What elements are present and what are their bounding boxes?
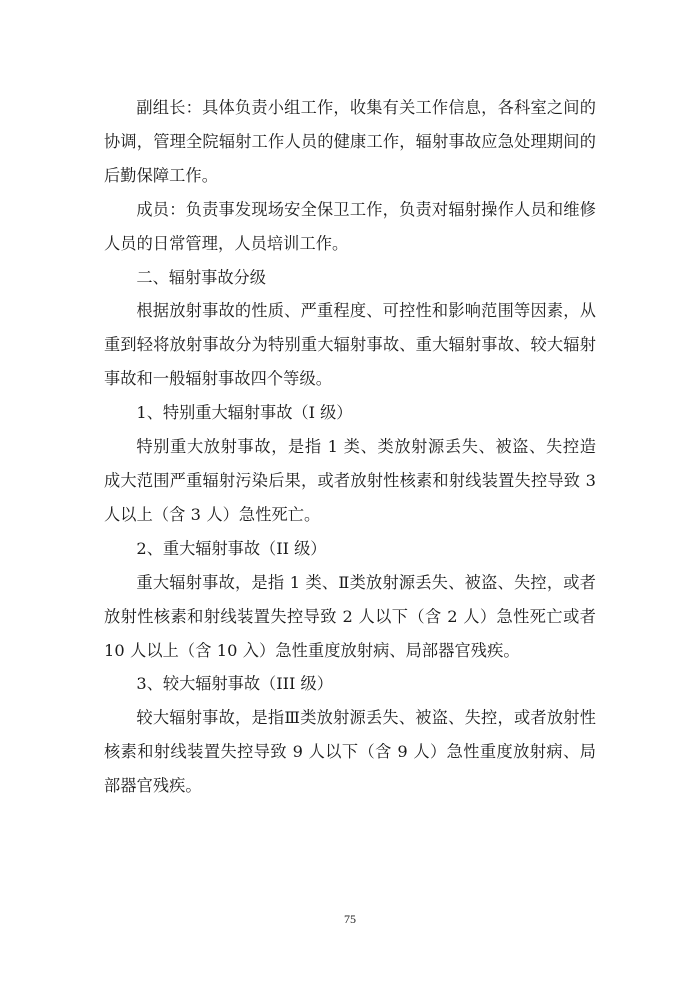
page-number: 75 [0, 912, 700, 927]
level-1-heading: 1、特别重大辐射事故（I 级） [104, 396, 596, 430]
classification-intro: 根据放射事故的性质、严重程度、可控性和影响范围等因素，从重到轻将放射事故分为特别… [104, 294, 596, 396]
level-2-heading: 2、重大辐射事故（II 级） [104, 532, 596, 566]
level-3-heading: 3、较大辐射事故（III 级） [104, 667, 596, 701]
level-1-description: 特别重大放射事故，是指 1 类、类放射源丢失、被盗、失控造成大范围严重辐射污染后… [104, 430, 596, 532]
section-2-heading: 二、辐射事故分级 [104, 261, 596, 295]
document-page: 副组长：具体负责小组工作，收集有关工作信息，各科室之间的协调，管理全院辐射工作人… [104, 91, 596, 803]
deputy-leader-duties: 副组长：具体负责小组工作，收集有关工作信息，各科室之间的协调，管理全院辐射工作人… [104, 91, 596, 193]
level-3-description: 较大辐射事故，是指Ⅲ类放射源丢失、被盗、失控，或者放射性核素和射线装置失控导致 … [104, 701, 596, 803]
member-duties: 成员：负责事发现场安全保卫工作，负责对辐射操作人员和维修人员的日常管理，人员培训… [104, 193, 596, 261]
level-2-description: 重大辐射事故，是指 1 类、Ⅱ类放射源丢失、被盗、失控，或者放射性核素和射线装置… [104, 566, 596, 668]
